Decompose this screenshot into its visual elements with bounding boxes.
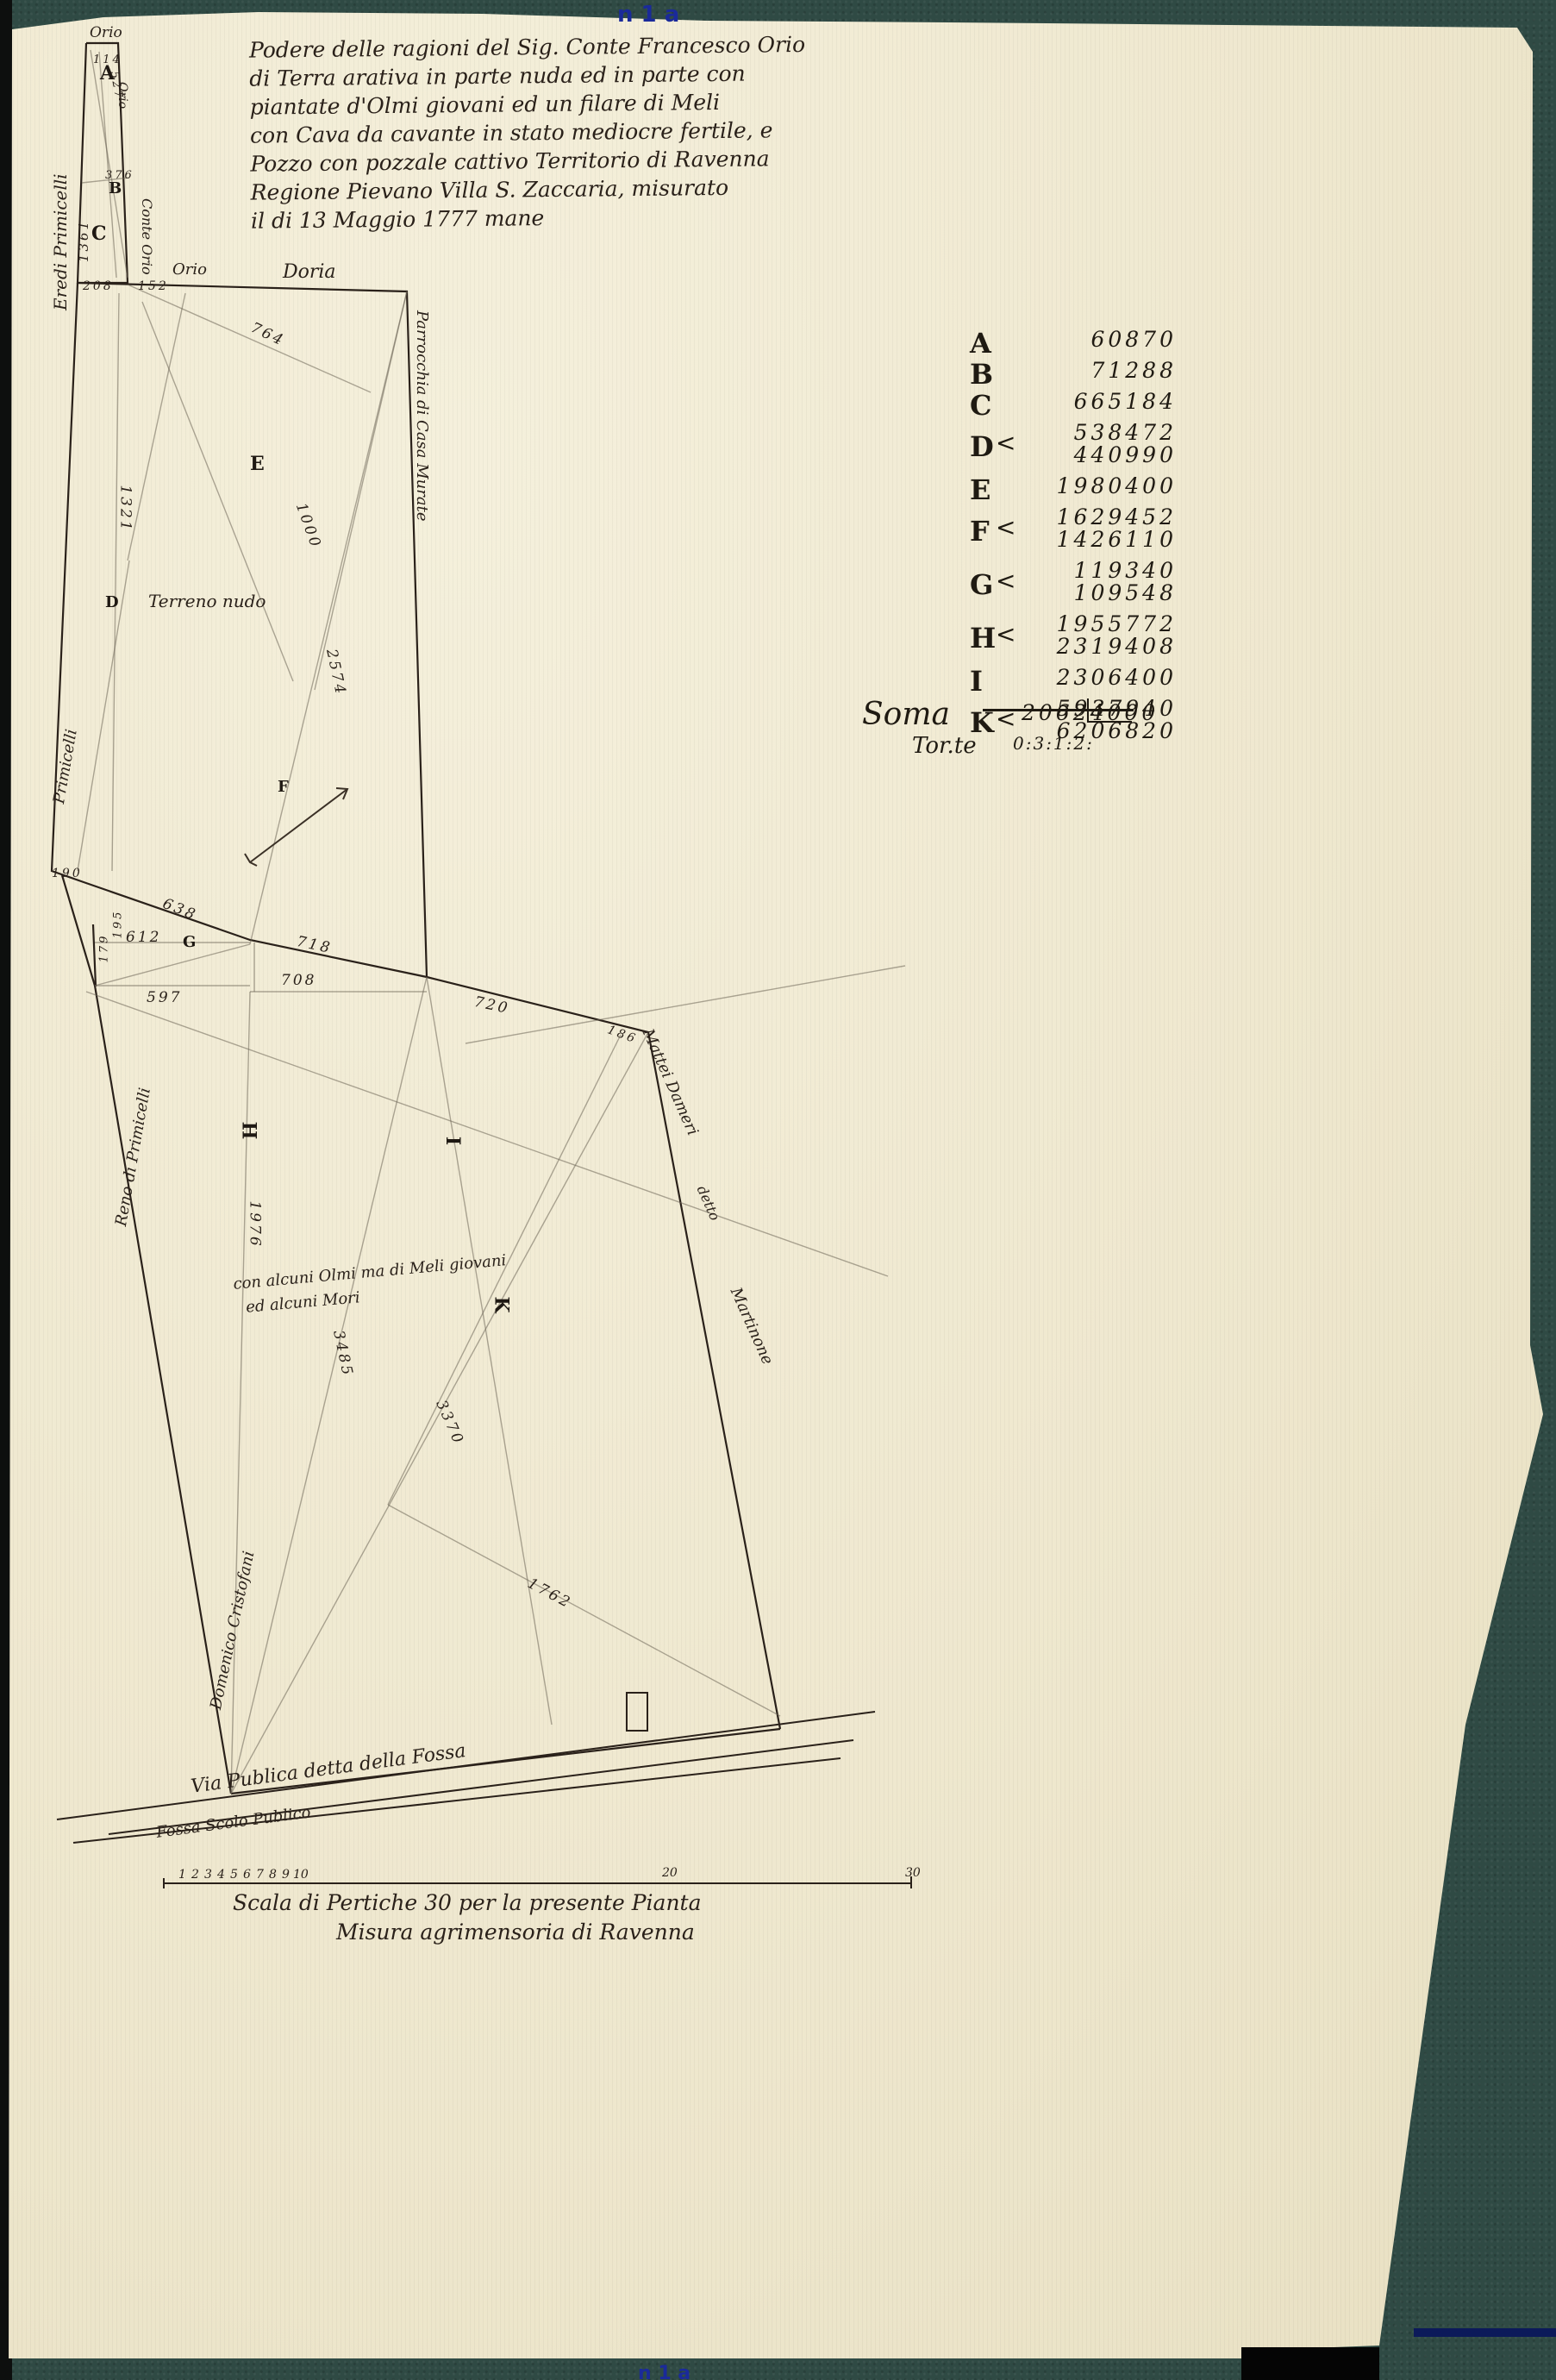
parcel-boundaries bbox=[52, 43, 780, 1794]
area-tally-table: A 60870 B 71288 C 665184 D < 538472 4409… bbox=[970, 323, 1177, 746]
parcel-label-k: K bbox=[491, 1296, 513, 1312]
bracket-icon: < bbox=[996, 620, 1015, 648]
tally-row-a: A 60870 bbox=[970, 323, 1177, 354]
scale-tick-mid: 20 bbox=[662, 1866, 678, 1880]
parcel-label-h: H bbox=[237, 1122, 259, 1140]
parcel-e-outline bbox=[78, 283, 427, 977]
scale-tick: 5 bbox=[230, 1868, 238, 1882]
parcel-label-d: D bbox=[105, 593, 119, 611]
bracket-icon: < bbox=[996, 429, 1015, 457]
scale-caption-line: Misura agrimensoria di Ravenna bbox=[233, 1918, 702, 1947]
tornature-label: Tor.te bbox=[912, 733, 977, 759]
measurement: 708 bbox=[281, 972, 316, 989]
scale-tick: 8 bbox=[269, 1868, 277, 1882]
scale-caption-line: Scala di Pertiche 30 per la presente Pia… bbox=[233, 1888, 702, 1918]
boundary-label-top-e: Doria bbox=[283, 261, 336, 283]
measurement: 597 bbox=[147, 989, 182, 1006]
boundary-label-top-e-left: Orio bbox=[172, 260, 207, 279]
scale-tick: 1 bbox=[178, 1868, 186, 1882]
measurement: 376 bbox=[105, 169, 134, 182]
parcel-label-i: I bbox=[441, 1137, 464, 1145]
parcel-label-g: G bbox=[183, 933, 196, 951]
scale-tick: 6 bbox=[243, 1868, 251, 1882]
scale-tick: 10 bbox=[293, 1868, 309, 1882]
tally-row-e: E 1980400 bbox=[970, 470, 1177, 501]
parcel-label-c: C bbox=[91, 222, 107, 245]
measurement: 1321 bbox=[117, 485, 134, 532]
scale-tick: 9 bbox=[282, 1868, 290, 1882]
parcel-label-b: B bbox=[109, 179, 122, 197]
archive-bar bbox=[1414, 2328, 1556, 2337]
tally-row-f: F < 1629452 1426110 bbox=[970, 501, 1177, 554]
parcel-label-e: E bbox=[250, 453, 265, 475]
measurement: 208 bbox=[83, 279, 114, 293]
scan-tab bbox=[1241, 2347, 1379, 2380]
measurement: 195 bbox=[111, 910, 124, 939]
scale-tick: 2 bbox=[191, 1868, 199, 1882]
scale-tick: 7 bbox=[256, 1868, 264, 1882]
boundary-label-left-strip: Eredi Primicelli bbox=[50, 173, 71, 310]
measurement: 179 bbox=[97, 934, 110, 963]
measurement: 1976 bbox=[247, 1200, 264, 1248]
measurement: 612 bbox=[126, 929, 161, 946]
tally-row-c: C 665184 bbox=[970, 385, 1177, 416]
scale-tick: 4 bbox=[217, 1868, 225, 1882]
document-title-block: Podere delle ragioni del Sig. Conte Fran… bbox=[249, 29, 854, 235]
tornature-value: 0:3:1:2: bbox=[1013, 733, 1094, 754]
measurement: 152 bbox=[138, 279, 169, 293]
sum-box bbox=[1087, 698, 1132, 723]
scale-caption: Scala di Pertiche 30 per la presente Pia… bbox=[233, 1888, 702, 1947]
tally-row-i: I 2306400 bbox=[970, 661, 1177, 692]
tally-row-h: H < 1955772 2319408 bbox=[970, 608, 1177, 661]
boundary-label-right-c: Conte Orio bbox=[139, 198, 155, 275]
measurement: 1361 bbox=[76, 219, 91, 262]
construction-lines bbox=[78, 50, 905, 1794]
survey-linework bbox=[0, 0, 1556, 2380]
scale-tick: 3 bbox=[204, 1868, 212, 1882]
sum-label: Soma bbox=[862, 697, 950, 732]
well-symbol bbox=[627, 1693, 647, 1731]
bracket-icon: < bbox=[996, 513, 1015, 542]
interior-label-e: Terreno nudo bbox=[148, 591, 266, 611]
scale-tick-end: 30 bbox=[905, 1866, 921, 1880]
tally-row-b: B 71288 bbox=[970, 354, 1177, 385]
boundary-label-right-e: Parrocchia di Casa Murate bbox=[413, 310, 431, 522]
boundary-label-top-a: Orio bbox=[90, 24, 122, 41]
parcel-label-f: F bbox=[278, 778, 289, 796]
bracket-icon: < bbox=[996, 567, 1015, 595]
measurement: 114 bbox=[93, 53, 122, 66]
tally-row-d: D < 538472 440990 bbox=[970, 416, 1177, 470]
measurement: 190 bbox=[52, 867, 83, 880]
north-arrow bbox=[245, 788, 347, 866]
tally-row-g: G < 119340 109548 bbox=[970, 554, 1177, 608]
